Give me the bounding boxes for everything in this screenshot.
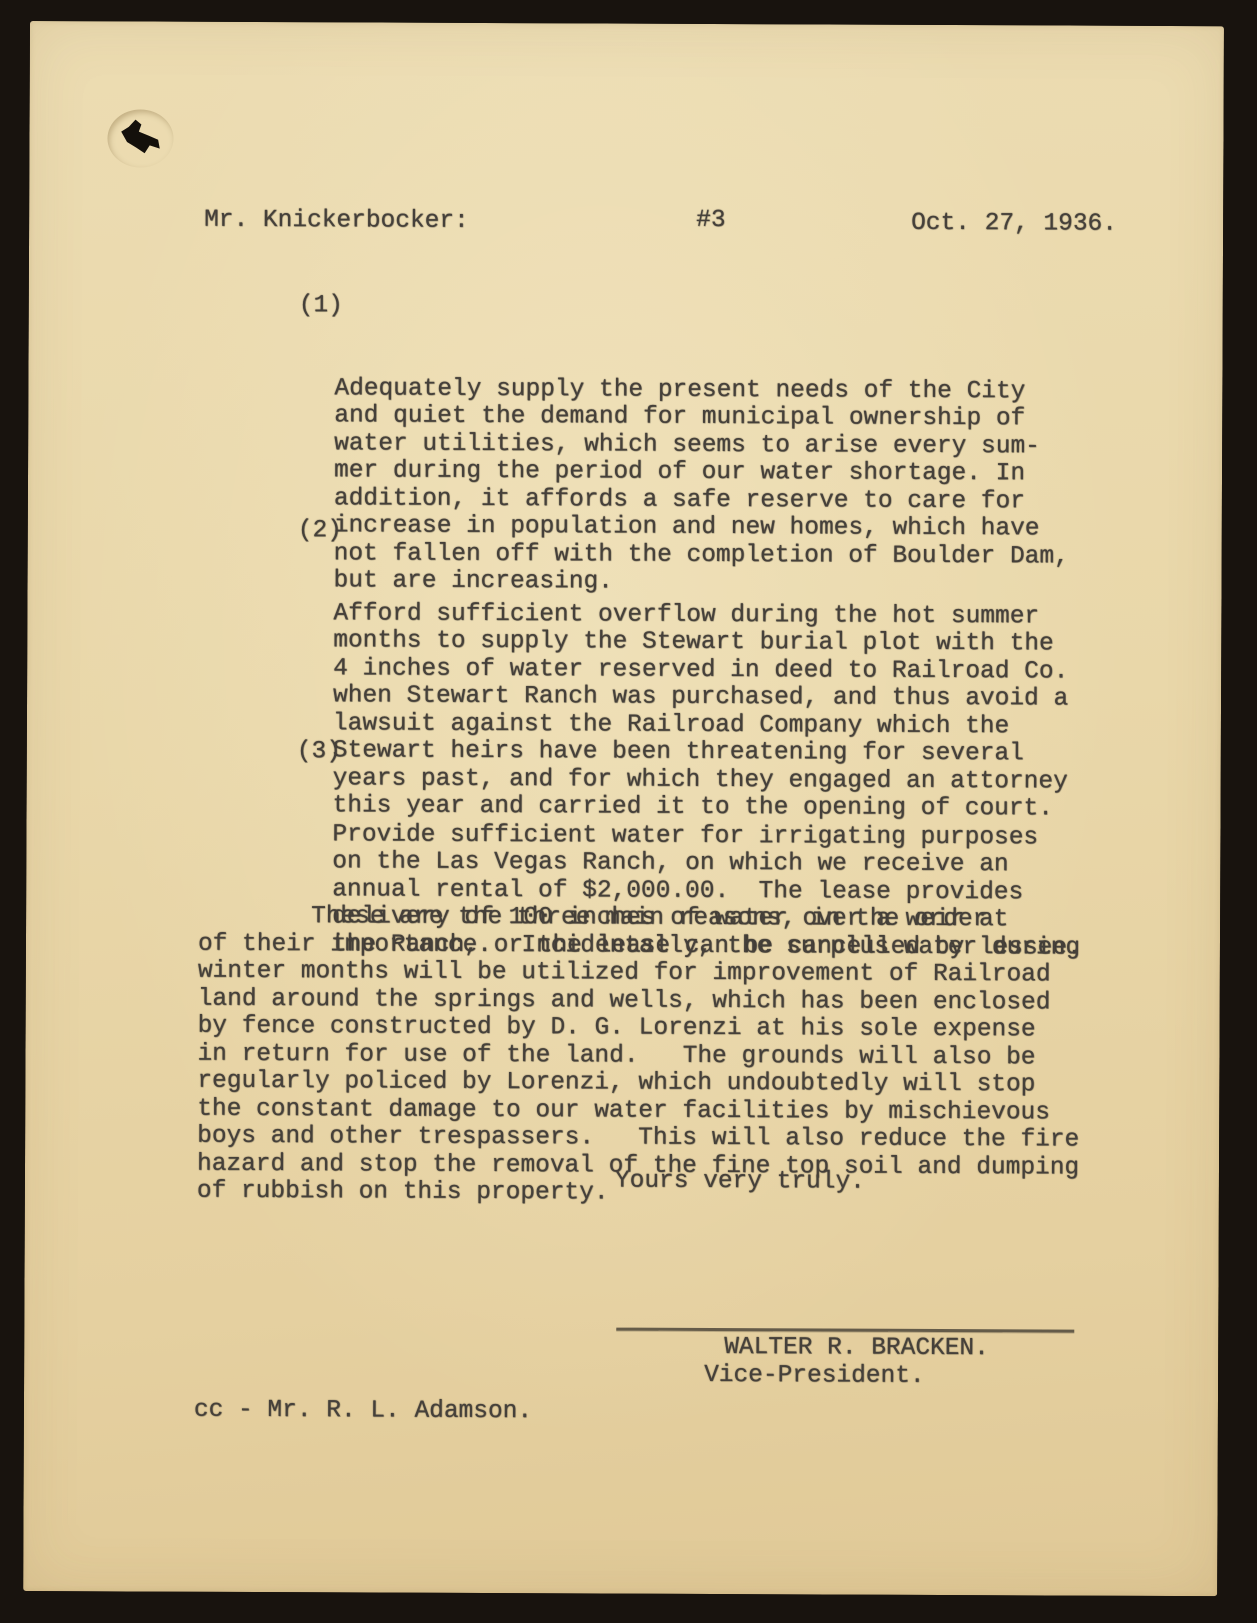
text-line: by fence constructed by D. G. Lorenzi at… [198, 1013, 1080, 1044]
text-line: 4 inches of water reserved in deed to Ra… [333, 655, 1068, 686]
text-line: in return for use of the land. The groun… [197, 1040, 1079, 1071]
item-number: (3) [297, 738, 341, 766]
cc-line: cc - Mr. R. L. Adamson. [194, 1397, 532, 1426]
text-line: These are the three main reasons, in the… [198, 903, 1080, 934]
text-line: land around the springs and wells, which… [198, 985, 1080, 1016]
text-line: addition, it affords a safe reserve to c… [334, 485, 1069, 516]
letter-page: Mr. Knickerbocker: #3 Oct. 27, 1936. (1)… [23, 21, 1224, 1596]
text-line: months to supply the Stewart burial plot… [333, 627, 1068, 658]
text-line: when Stewart Ranch was purchased, and th… [333, 682, 1068, 713]
text-line: and quiet the demand for municipal owner… [334, 402, 1069, 433]
text-line: water utilities, which seems to arise ev… [334, 430, 1069, 461]
signature-block: WALTER R. BRACKEN. Vice-President. [616, 1328, 1074, 1391]
text-line: regularly policed by Lorenzi, which undo… [197, 1068, 1079, 1099]
text-line: boys and other trespassers. This will al… [197, 1123, 1079, 1154]
body-paragraph: These are the three main reasons, in the… [197, 903, 1080, 1209]
scan-background: { "colors": { "background": "#18130e", "… [0, 0, 1257, 1623]
signature-title: Vice-President. [616, 1361, 1074, 1390]
recipient-line: Mr. Knickerbocker: [204, 207, 469, 236]
text-line: mer during the period of our water short… [334, 457, 1069, 488]
item-number: (2) [298, 517, 342, 545]
text-line: of their importance. Incidentally, the s… [198, 930, 1080, 961]
text-line: winter months will be utilized for impro… [198, 958, 1080, 989]
text-line: Afford sufficient overflow during the ho… [333, 600, 1068, 631]
date-line: Oct. 27, 1936. [911, 210, 1117, 238]
text-line: lawsuit against the Railroad Company whi… [333, 710, 1068, 741]
item-number: (1) [299, 292, 343, 320]
text-line: Provide sufficient water for irrigating … [332, 821, 1082, 852]
paper-tear-hole [119, 116, 161, 156]
signature-name: WALTER R. BRACKEN. [616, 1334, 1074, 1363]
text-line: Adequately supply the present needs of t… [334, 375, 1069, 406]
page-number: #3 [696, 207, 726, 235]
signature-rule [616, 1328, 1074, 1333]
text-line: the constant damage to our water facilit… [197, 1095, 1079, 1126]
closing-line: Yours very truly. [615, 1168, 865, 1197]
text-line: on the Las Vegas Ranch, on which we rece… [332, 848, 1082, 879]
text-line: annual rental of $2,000.00. The lease pr… [332, 876, 1082, 907]
